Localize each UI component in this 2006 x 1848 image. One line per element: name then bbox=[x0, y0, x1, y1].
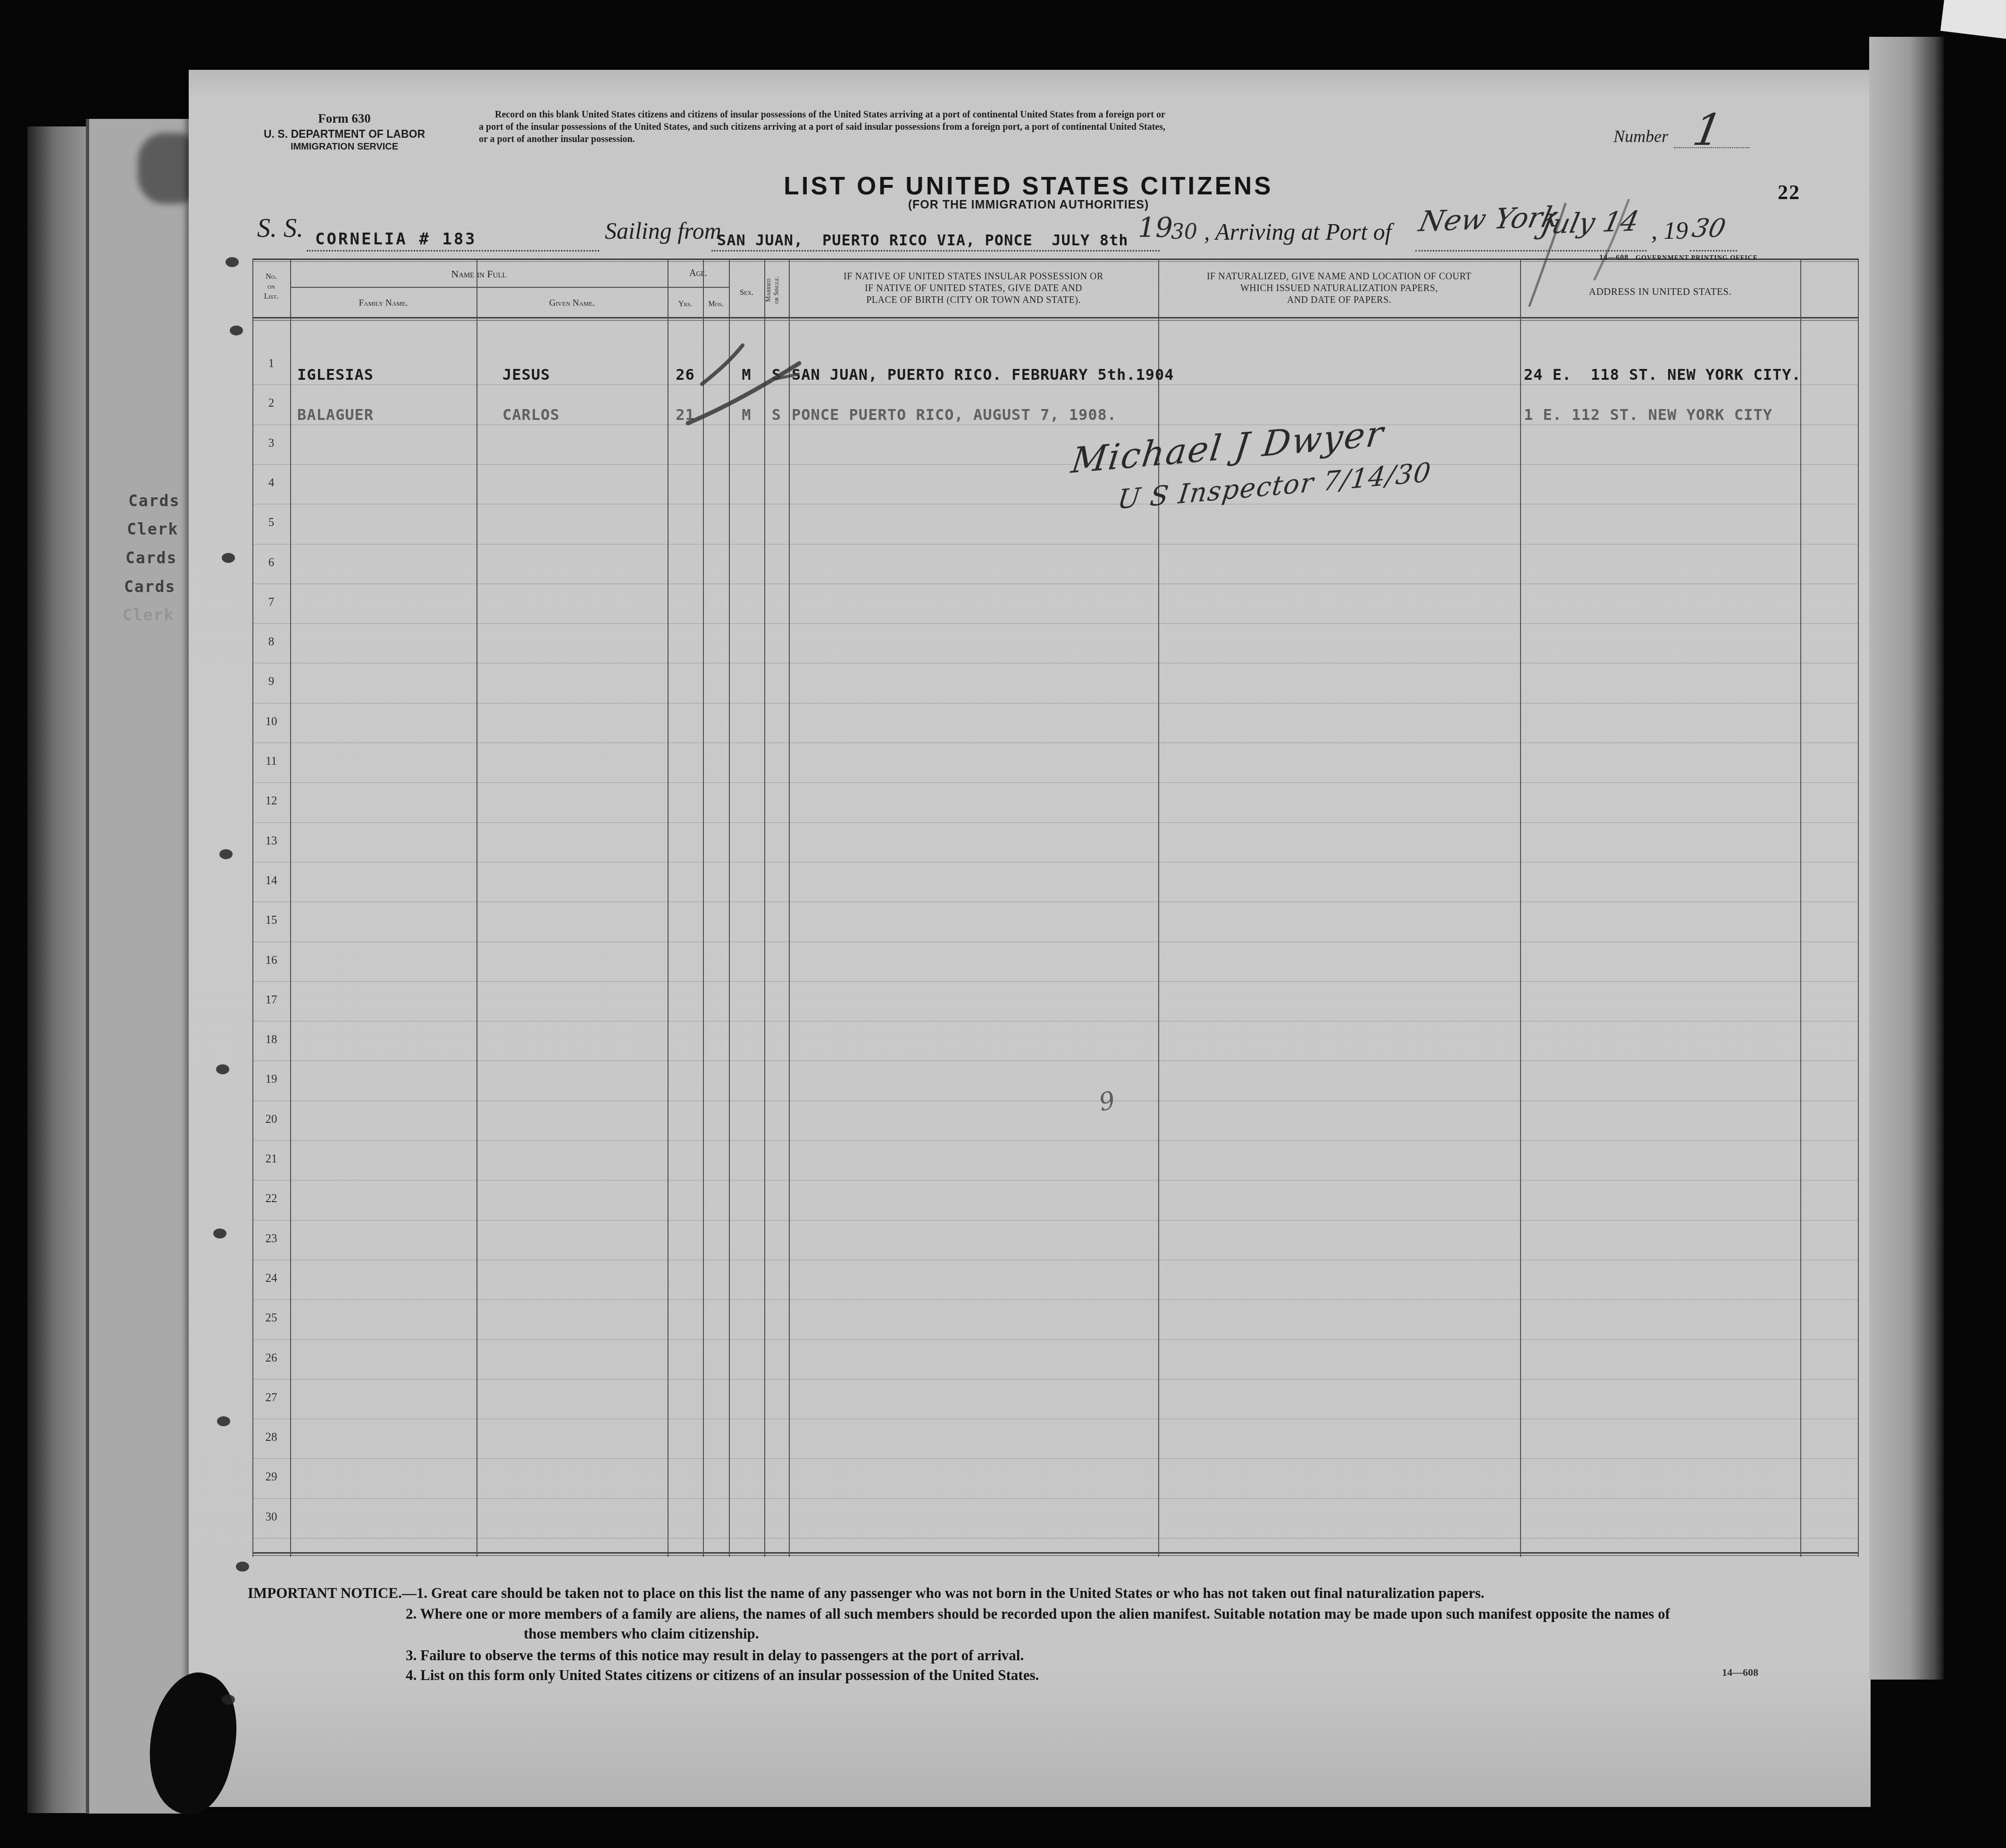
row-number: 26 bbox=[252, 1352, 290, 1365]
column-rule bbox=[729, 259, 730, 1557]
cell-yrs: 26 bbox=[668, 365, 703, 384]
ship-name: CORNELIA # 183 bbox=[315, 230, 477, 249]
row-line bbox=[253, 1498, 1858, 1499]
row-number: 30 bbox=[252, 1511, 290, 1524]
cell-birth: PONCE PUERTO RICO, AUGUST 7, 1908. bbox=[792, 405, 1117, 424]
row-number: 15 bbox=[252, 914, 290, 927]
cell-married: S bbox=[764, 405, 789, 424]
intro-paragraph: Record on this blank United States citiz… bbox=[479, 109, 1165, 145]
column-rule bbox=[1520, 259, 1521, 1557]
row-line bbox=[253, 425, 1858, 425]
header-bottom-rule-2 bbox=[252, 320, 1859, 321]
passenger-table: No. on List. Name in Full Family Name. G… bbox=[252, 259, 1859, 1562]
table-bottom-rule bbox=[252, 1552, 1859, 1554]
row-number: 1 bbox=[252, 357, 290, 370]
row-line bbox=[253, 1180, 1858, 1180]
row-line bbox=[253, 1021, 1858, 1021]
column-rule bbox=[1800, 259, 1801, 1557]
margin-stamp: Cards bbox=[128, 492, 180, 510]
row-line bbox=[253, 1339, 1858, 1340]
column-rule bbox=[764, 259, 765, 1557]
department-name: U. S. DEPARTMENT OF LABOR bbox=[245, 128, 443, 141]
under-page-edge-left bbox=[86, 119, 199, 1814]
row-number: 8 bbox=[252, 636, 290, 649]
margin-stamp: Clerk bbox=[127, 520, 178, 538]
col-header-birth: IF NATIVE OF UNITED STATES INSULAR POSSE… bbox=[789, 271, 1158, 306]
row-line bbox=[253, 623, 1858, 624]
form-title: LIST OF UNITED STATES CITIZENS bbox=[698, 172, 1359, 201]
cell-address: 24 E. 118 ST. NEW YORK CITY. bbox=[1524, 365, 1801, 384]
row-number: 11 bbox=[252, 755, 290, 768]
row-number: 22 bbox=[252, 1192, 290, 1205]
col-header-given-name: Given Name. bbox=[476, 298, 668, 309]
row-number: 12 bbox=[252, 794, 290, 808]
punch-hole bbox=[213, 1229, 226, 1238]
row-line bbox=[253, 703, 1858, 703]
form-number: Form 630 bbox=[245, 111, 443, 126]
row-number: 18 bbox=[252, 1033, 290, 1046]
arriving-year-prefix: , 19 bbox=[1651, 217, 1688, 245]
cell-sex: M bbox=[729, 365, 764, 384]
col-header-married-or-single: Married or Single. bbox=[765, 260, 788, 320]
row-number: 21 bbox=[252, 1153, 290, 1166]
col-header-family-name: Family Name. bbox=[290, 298, 476, 309]
row-line bbox=[253, 862, 1858, 862]
row-number: 24 bbox=[252, 1272, 290, 1285]
row-line bbox=[253, 1419, 1858, 1419]
row-line bbox=[253, 584, 1858, 584]
row-line bbox=[253, 464, 1858, 465]
row-line bbox=[253, 385, 1858, 385]
arrival-rule bbox=[1415, 250, 1647, 251]
under-page-edge-right bbox=[1869, 37, 1944, 1680]
sailing-rule bbox=[711, 250, 1160, 251]
sailing-from-label: Sailing from bbox=[605, 217, 721, 244]
cell-family: BALAGUER bbox=[297, 405, 374, 424]
column-rule bbox=[290, 259, 291, 1557]
col-header-sex: Sex. bbox=[729, 288, 764, 297]
punch-hole bbox=[217, 1416, 230, 1426]
row-line bbox=[253, 782, 1858, 783]
arrival-year-rule bbox=[1690, 250, 1737, 251]
gpo-imprint: 14—608 GOVERNMENT PRINTING OFFICE bbox=[1599, 254, 1758, 262]
punch-hole bbox=[219, 849, 233, 859]
row-number: 23 bbox=[252, 1232, 290, 1246]
number-label: Number bbox=[1613, 126, 1668, 146]
column-rule bbox=[703, 259, 704, 1557]
header-span-divider bbox=[290, 287, 730, 288]
col-header-address: ADDRESS IN UNITED STATES. bbox=[1520, 286, 1800, 298]
row-line bbox=[253, 544, 1858, 544]
sailing-year-value: 30 bbox=[1171, 220, 1197, 244]
row-line bbox=[253, 822, 1858, 823]
form-identity-block: Form 630 U. S. DEPARTMENT OF LABOR IMMIG… bbox=[245, 111, 443, 152]
table-bottom-rule-2 bbox=[252, 1555, 1859, 1556]
cell-sex: M bbox=[729, 405, 764, 424]
row-line bbox=[253, 1458, 1858, 1459]
gpo-name: GOVERNMENT PRINTING OFFICE bbox=[1636, 255, 1758, 262]
notice-item-3: 3. Failure to observe the terms of this … bbox=[406, 1646, 1024, 1665]
row-number: 28 bbox=[252, 1431, 290, 1444]
notice-label: IMPORTANT NOTICE.— bbox=[248, 1585, 417, 1601]
punch-hole bbox=[226, 257, 239, 267]
row-number: 13 bbox=[252, 835, 290, 848]
cell-yrs: 21 bbox=[668, 405, 703, 424]
print-code-top: 14—608 bbox=[1599, 254, 1629, 262]
punch-hole bbox=[216, 1064, 229, 1074]
column-rule bbox=[252, 259, 253, 1557]
row-number: 9 bbox=[252, 675, 290, 688]
punch-hole bbox=[230, 326, 243, 335]
row-number: 7 bbox=[252, 596, 290, 609]
header-bottom-rule bbox=[252, 317, 1859, 318]
column-rule bbox=[1858, 259, 1859, 1557]
row-number: 17 bbox=[252, 994, 290, 1007]
col-header-age: Age. bbox=[668, 268, 729, 279]
sailing-year-prefix: 19 bbox=[1138, 211, 1173, 243]
sailing-from-value: SAN JUAN, PUERTO RICO VIA, PONCE JULY 8t… bbox=[717, 231, 1128, 249]
row-line bbox=[253, 504, 1858, 504]
row-number: 5 bbox=[252, 516, 290, 529]
row-line bbox=[253, 1140, 1858, 1141]
cell-given: JESUS bbox=[502, 365, 550, 384]
row-line bbox=[253, 1538, 1858, 1539]
row-number: 27 bbox=[252, 1391, 290, 1405]
row-line bbox=[253, 663, 1858, 663]
notice-item-4: 4. List on this form only United States … bbox=[406, 1665, 1039, 1685]
form-subtitle: (FOR THE IMMIGRATION AUTHORITIES) bbox=[698, 198, 1359, 212]
page-corner-sliver bbox=[1940, 0, 2006, 39]
row-line bbox=[253, 1061, 1858, 1061]
margin-stamp: Clerk bbox=[123, 606, 174, 624]
arriving-label: , Arriving at Port of bbox=[1204, 218, 1392, 245]
column-rule bbox=[476, 259, 477, 1557]
row-number: 4 bbox=[252, 477, 290, 490]
margin-stamp: Cards bbox=[124, 577, 176, 596]
row-line bbox=[253, 1220, 1858, 1221]
arriving-year-value: 30 bbox=[1689, 213, 1728, 243]
ss-label: S. S. bbox=[257, 213, 303, 243]
row-number: 14 bbox=[252, 874, 290, 887]
punch-hole bbox=[222, 553, 235, 563]
column-rule bbox=[668, 259, 669, 1557]
page-number-stamp: 22 bbox=[1778, 180, 1800, 204]
row-line bbox=[253, 1101, 1858, 1101]
notice-line-1: IMPORTANT NOTICE.—1. Great care should b… bbox=[248, 1583, 1484, 1603]
row-line bbox=[253, 942, 1858, 942]
col-header-no-on-list: No. on List. bbox=[252, 272, 290, 301]
column-rule bbox=[789, 259, 790, 1557]
row-number: 10 bbox=[252, 715, 290, 728]
cell-given: CARLOS bbox=[502, 405, 560, 424]
service-name: IMMIGRATION SERVICE bbox=[245, 142, 443, 152]
row-number: 20 bbox=[252, 1113, 290, 1126]
scanned-manifest-page: { "scan": { "page_stamp": "22", "print_c… bbox=[0, 0, 2006, 1848]
row-number: 3 bbox=[252, 437, 290, 450]
row-line bbox=[253, 1260, 1858, 1260]
row-line bbox=[253, 743, 1858, 743]
cell-married: S bbox=[764, 365, 789, 384]
row-number: 25 bbox=[252, 1312, 290, 1325]
cell-address: 1 E. 112 ST. NEW YORK CITY bbox=[1524, 405, 1772, 424]
col-header-yrs: Yrs. bbox=[668, 300, 703, 309]
row-number: 29 bbox=[252, 1471, 290, 1484]
col-header-name-in-full: Name in Full bbox=[290, 268, 668, 280]
row-line bbox=[253, 902, 1858, 902]
cell-family: IGLESIAS bbox=[297, 365, 374, 384]
row-line bbox=[253, 1299, 1858, 1300]
punch-hole bbox=[236, 1562, 249, 1572]
notice-item-1: 1. Great care should be taken not to pla… bbox=[417, 1585, 1484, 1601]
print-code-bottom: 14—608 bbox=[1722, 1666, 1758, 1679]
ship-name-rule bbox=[307, 250, 599, 251]
arrival-date-handwritten: July 14 bbox=[1538, 205, 1642, 240]
cell-birth: SAN JUAN, PUERTO RICO. FEBRUARY 5th.1904 bbox=[792, 365, 1174, 384]
row-number: 6 bbox=[252, 556, 290, 569]
col-header-mos: Mos. bbox=[703, 300, 729, 309]
row-line bbox=[253, 1379, 1858, 1380]
col-header-naturalization: IF NATURALIZED, GIVE NAME AND LOCATION O… bbox=[1158, 271, 1520, 306]
margin-stamp: Cards bbox=[125, 549, 177, 567]
row-number: 19 bbox=[252, 1073, 290, 1086]
row-number: 16 bbox=[252, 954, 290, 967]
row-line bbox=[253, 981, 1858, 982]
punch-hole bbox=[222, 1695, 235, 1705]
row-number: 2 bbox=[252, 397, 290, 410]
notice-item-2: 2. Where one or more members of a family… bbox=[406, 1604, 1670, 1644]
